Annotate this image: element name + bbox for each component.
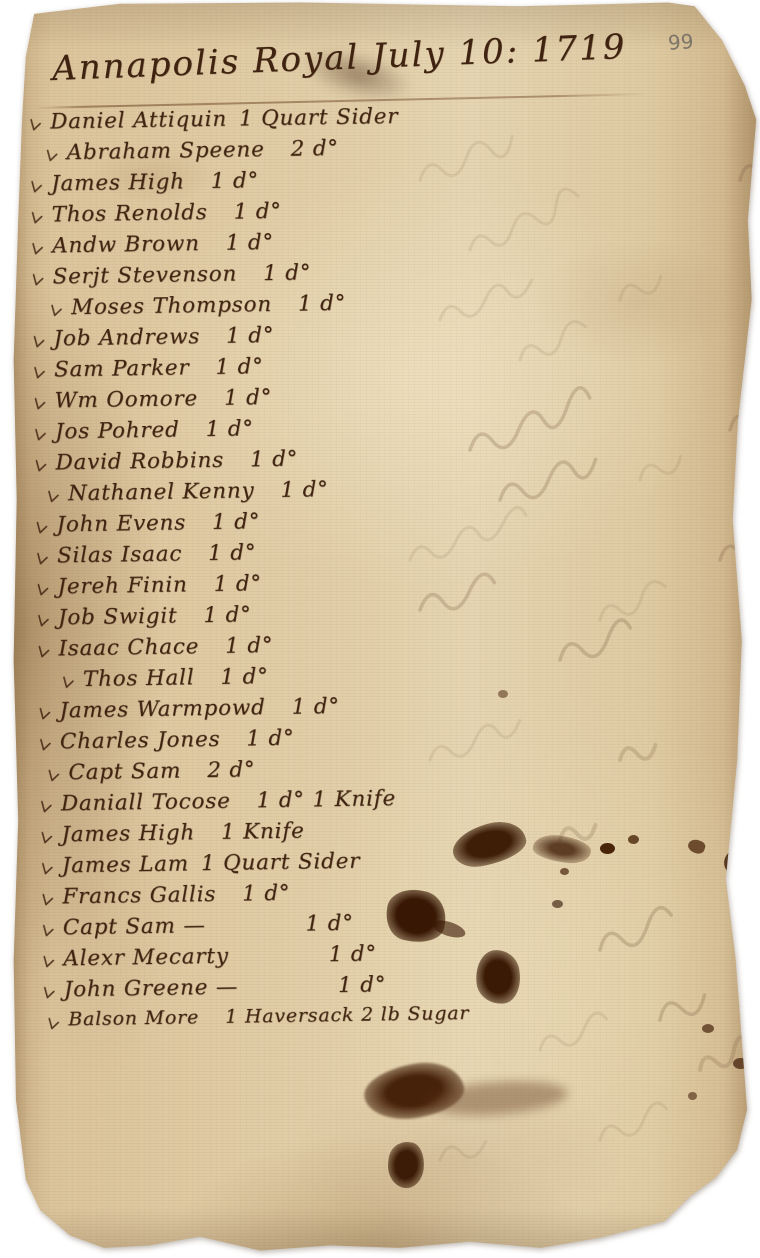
entry-name: Serjt Stevenson — [52, 262, 237, 290]
entry-name: Job Andrews — [53, 324, 200, 351]
entry-name: Balson More — [68, 1006, 199, 1030]
check-tick-icon — [37, 578, 48, 603]
entry-items: 1 d° — [246, 726, 295, 752]
entry-name: Thos Hall — [83, 665, 195, 692]
check-tick-icon — [36, 516, 47, 541]
entry-items: 1 d° — [203, 602, 252, 628]
entry-items: 1 d° — [338, 972, 387, 998]
check-tick-icon — [30, 113, 41, 138]
ink-blot — [386, 1140, 427, 1190]
check-tick-icon — [42, 856, 53, 881]
entry-items: 1 d° 1 Knife — [256, 786, 396, 813]
ink-speck — [688, 1092, 697, 1100]
check-tick-icon — [38, 609, 49, 634]
entry-name: John Greene — — [64, 975, 239, 1003]
check-tick-icon — [32, 268, 43, 293]
check-tick-icon — [41, 825, 52, 850]
entry-name: Abraham Speene — [66, 137, 264, 165]
check-tick-icon — [42, 887, 53, 912]
entry-items: 1 d° — [224, 385, 273, 411]
entry-name: Moses Thompson — [71, 292, 272, 320]
entry-items: 1 d° — [215, 354, 264, 380]
entry-name: Andw Brown — [52, 231, 200, 258]
entry-name: John Evens — [56, 510, 186, 537]
paper-sheet: Annapolis Royal July 10: 1719 99 Daniel … — [0, 0, 760, 1258]
check-tick-icon — [51, 298, 62, 323]
check-tick-icon — [34, 361, 45, 386]
check-tick-icon — [47, 143, 58, 168]
entry-name: Sam Parker — [54, 355, 190, 382]
entry-name: James Warmpowd — [59, 695, 266, 723]
entry-items: 1 d° — [212, 509, 261, 535]
entry-items: 1 d° — [305, 911, 354, 937]
folio-number: 99 — [667, 29, 694, 55]
check-tick-icon — [35, 423, 46, 448]
entry-items: 1 d° — [233, 199, 282, 225]
entry-items: 1 d° — [298, 291, 347, 317]
entry-name: Capt Sam — [68, 758, 181, 785]
entry-items: 1 d° — [205, 416, 254, 442]
ink-speck — [744, 988, 754, 996]
entry-name: Capt Sam — — [63, 913, 206, 940]
entry-items: 2 d° — [207, 757, 256, 783]
entry-items: 1 d° — [225, 633, 274, 659]
check-tick-icon — [32, 206, 43, 231]
check-tick-icon — [43, 949, 54, 974]
ink-speck — [733, 1058, 748, 1069]
check-tick-icon — [43, 918, 54, 943]
entry-items: 1 d° — [208, 540, 257, 566]
entry-items: 1 d° — [329, 941, 378, 967]
entry-name: Isaac Chace — [58, 634, 199, 661]
entry-name: Wm Oomore — [54, 386, 198, 413]
entry-name: Alexr Mecarty — [63, 944, 229, 972]
entry-name: James High — [51, 169, 185, 196]
entry-items: 1 d° — [211, 168, 260, 194]
entry-items: 1 d° — [226, 323, 275, 349]
check-tick-icon — [48, 763, 59, 788]
check-tick-icon — [44, 980, 55, 1005]
entry-name: Jos Pohred — [55, 417, 180, 444]
entry-name: Jereh Finin — [57, 572, 188, 599]
entry-items: 1 d° — [250, 447, 299, 473]
spine-hole — [0, 132, 13, 150]
check-tick-icon — [38, 640, 49, 665]
entry-name: Thos Renolds — [51, 200, 207, 227]
entry-name: Charles Jones — [60, 727, 221, 755]
entry-items: 1 d° — [226, 230, 275, 256]
entry-name: James Lam — [62, 851, 189, 878]
entry-items: 1 Haversack 2 lb Sugar — [225, 1002, 470, 1028]
entry-items: 1 d° — [242, 881, 291, 907]
entry-items: 1 d° — [220, 664, 269, 690]
check-tick-icon — [48, 1013, 59, 1035]
ink-speck — [721, 845, 758, 879]
check-tick-icon — [37, 547, 48, 572]
entry-items: 1 Quart Sider — [201, 849, 361, 876]
check-tick-icon — [34, 392, 45, 417]
check-tick-icon — [35, 454, 46, 479]
entry-name: Job Swigit — [58, 603, 178, 630]
check-tick-icon — [39, 702, 50, 727]
check-tick-icon — [40, 732, 51, 757]
paper-sheet-wrap: Annapolis Royal July 10: 1719 99 Daniel … — [0, 0, 760, 1258]
entry-name: Daniall Tocose — [61, 789, 231, 817]
manuscript-scan: Annapolis Royal July 10: 1719 99 Daniel … — [0, 0, 760, 1258]
entry-items: 1 d° — [263, 260, 312, 286]
entry-items: 1 d° — [291, 694, 340, 720]
entry-name: David Robbins — [55, 448, 224, 476]
entry-items: 1 d° — [213, 571, 262, 597]
check-tick-icon — [63, 670, 74, 695]
entry-name: James High — [61, 820, 195, 847]
entry-items: 1 d° — [280, 477, 329, 503]
entry-name: Daniel Attiquin — [50, 107, 227, 135]
check-tick-icon — [31, 175, 42, 200]
ledger-entries: Daniel Attiquin 1 Quart Sider Abraham Sp… — [14, 99, 709, 1040]
entry-name: Nathanel Kenny — [68, 478, 255, 506]
entry-name: Silas Isaac — [57, 541, 183, 568]
check-tick-icon — [33, 330, 44, 355]
entry-items: 2 d° — [290, 136, 339, 162]
check-tick-icon — [41, 794, 52, 819]
entry-items: 1 Knife — [221, 819, 305, 845]
check-tick-icon — [32, 237, 43, 262]
entry-items: 1 Quart Sider — [239, 104, 399, 131]
entry-name: Francs Gallis — [62, 882, 216, 909]
check-tick-icon — [48, 484, 59, 509]
